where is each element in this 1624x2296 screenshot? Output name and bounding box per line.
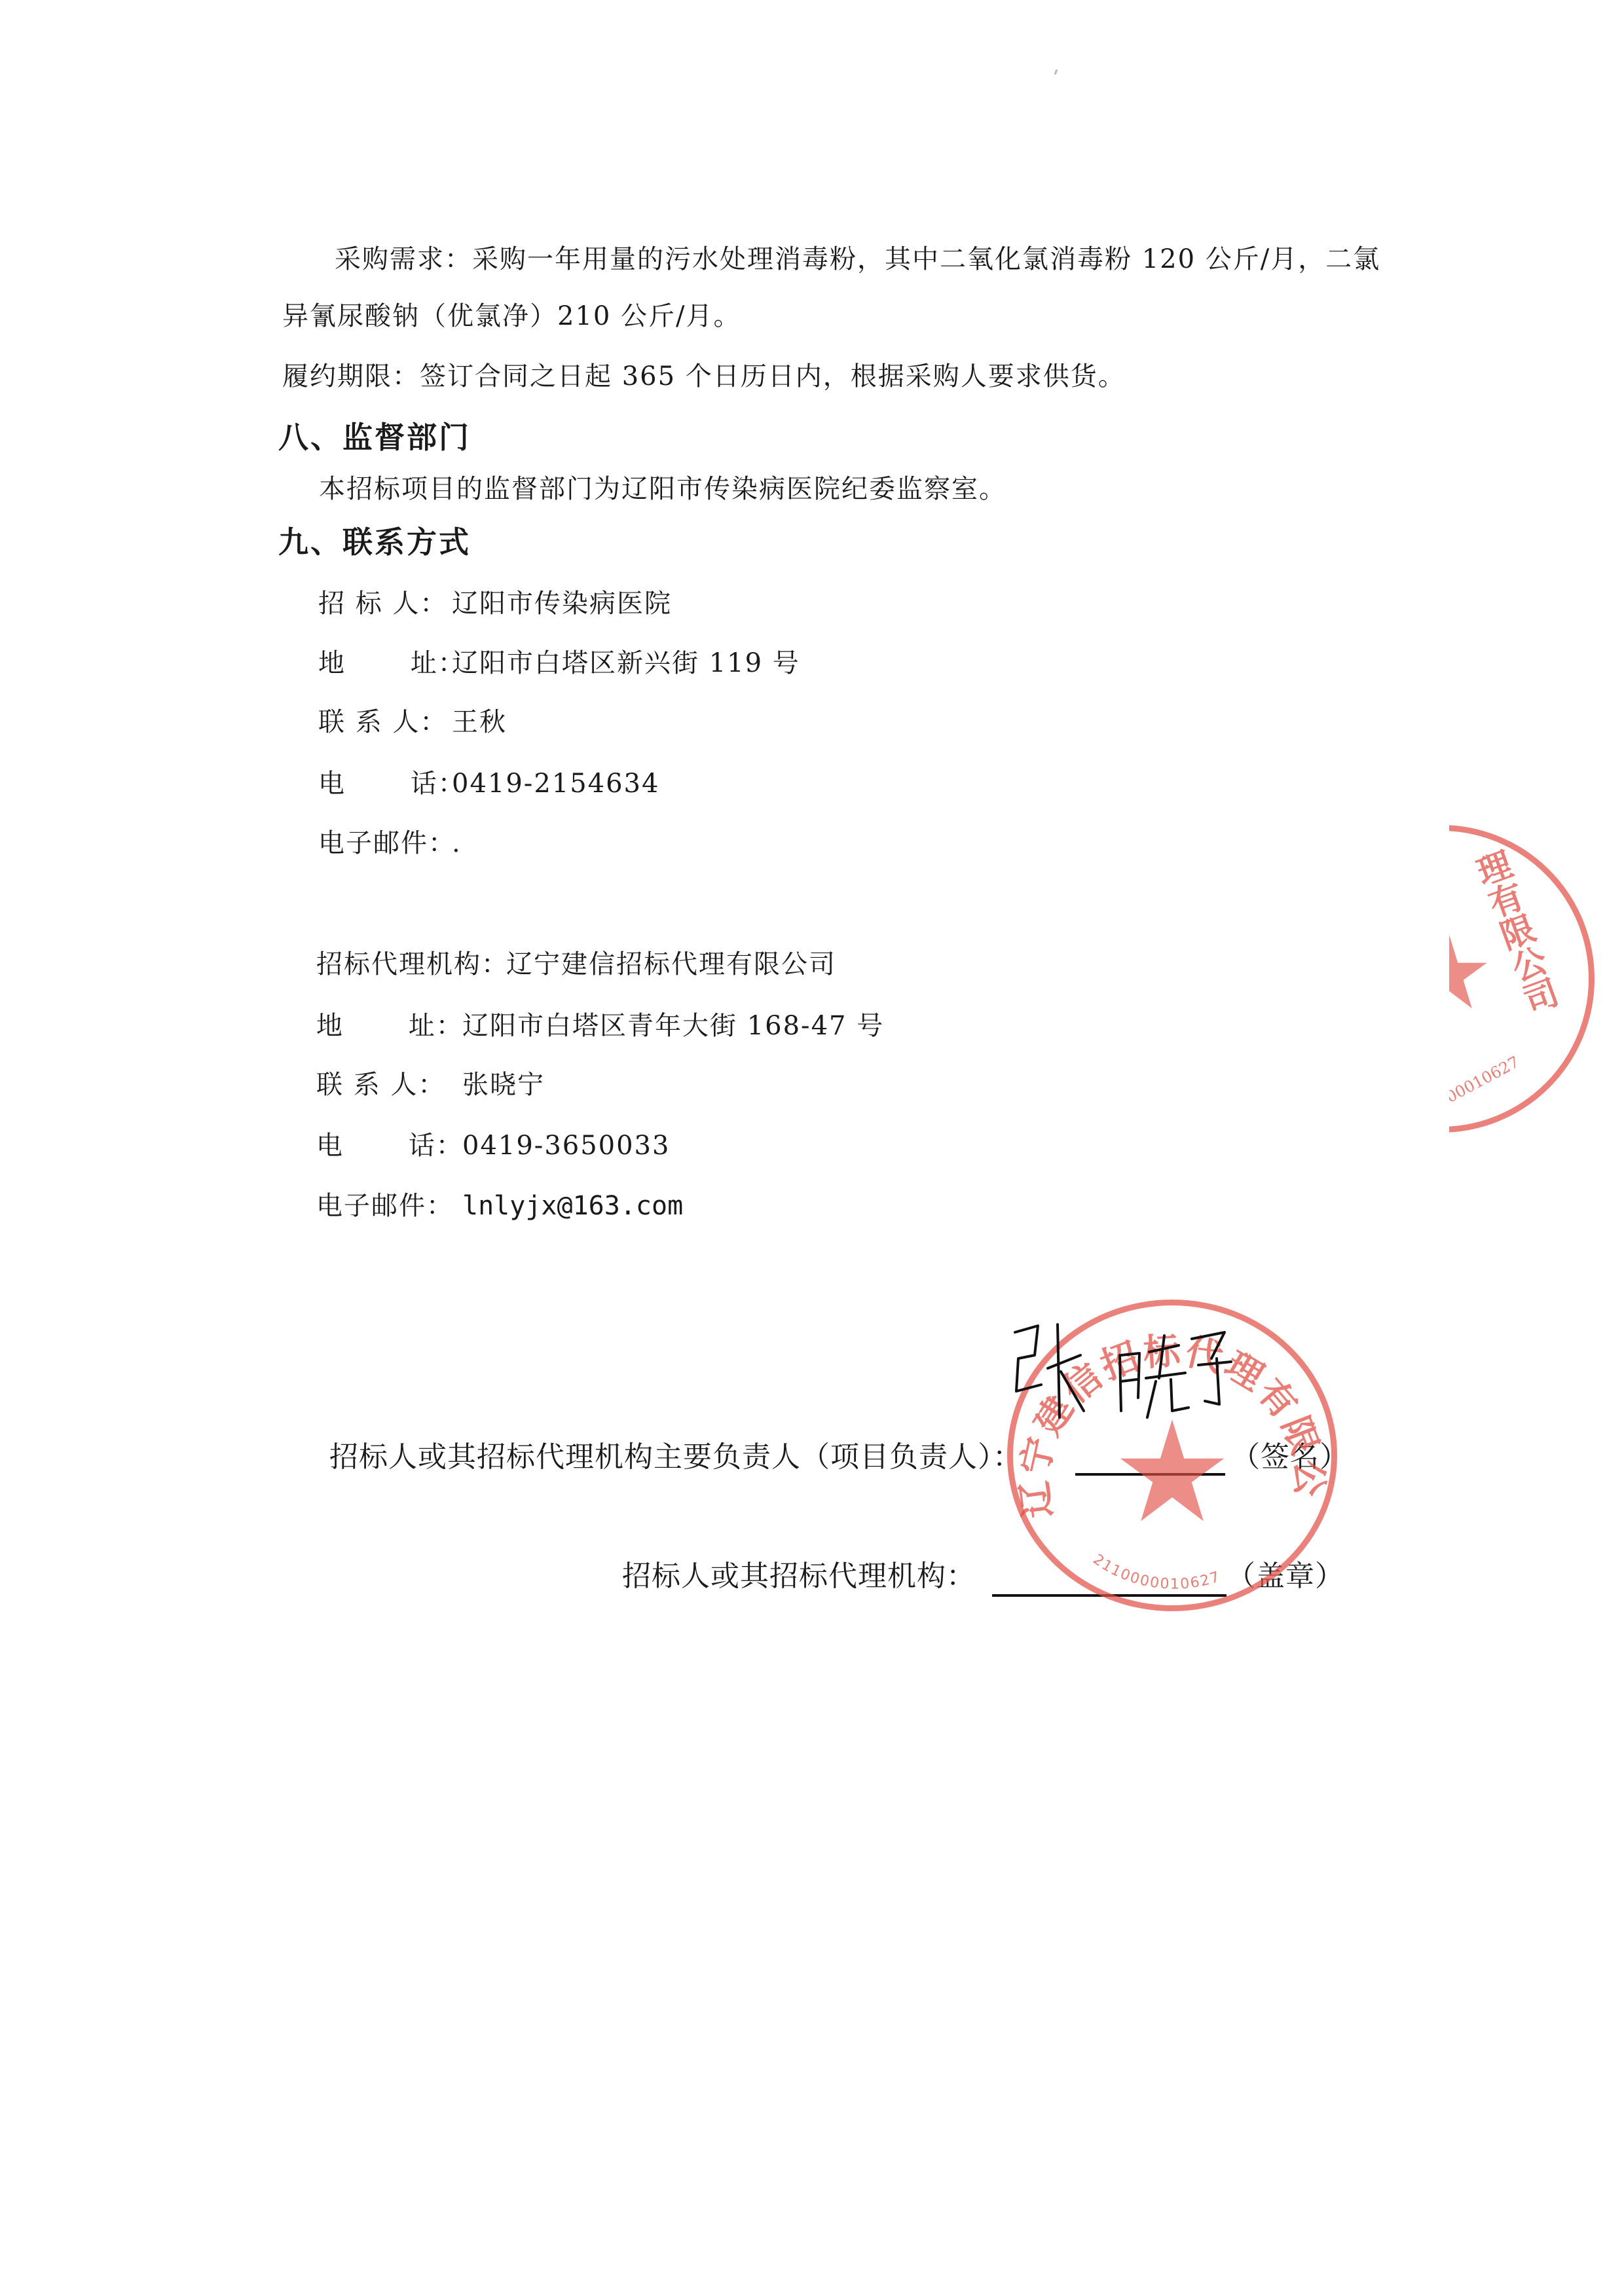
seal-code: 2110000010627 xyxy=(1090,1552,1223,1593)
agency-contact-label: 联 系 人： xyxy=(316,1069,445,1101)
procurement-demand-line1: 采购需求：采购一年用量的污水处理消毒粉，其中二氧化氯消毒粉 120 公斤/月，二… xyxy=(335,244,1380,275)
agency-phone-value: 0419-3650033 xyxy=(462,1130,670,1161)
tenderer-contact-label: 联 系 人： xyxy=(318,706,447,738)
tenderer-phone-label: 电 话： xyxy=(318,768,466,799)
tenderer-contact-value: 王秋 xyxy=(452,706,507,738)
tenderer-email-label: 电子邮件： xyxy=(318,828,456,859)
agency-name-label: 招标代理机构： xyxy=(316,949,509,980)
agency-address-label: 地 址： xyxy=(316,1010,464,1042)
agency-phone-label: 电 话： xyxy=(316,1130,464,1161)
tenderer-name-label: 招 标 人： xyxy=(318,588,447,619)
tenderer-address-value: 辽阳市白塔区新兴街 119 号 xyxy=(452,647,800,679)
svg-text:2110000010627: 2110000010627 xyxy=(1090,1552,1223,1593)
tenderer-email-value: . xyxy=(452,828,462,859)
scan-speck xyxy=(1054,69,1058,75)
star-icon xyxy=(1449,933,1488,1011)
agency-address-value: 辽阳市白塔区青年大街 168-47 号 xyxy=(462,1010,884,1042)
seal-underline[interactable] xyxy=(992,1594,1227,1597)
procurement-term-line: 履约期限：签订合同之日起 365 个日历日内，根据采购人要求供货。 xyxy=(282,361,1126,392)
agency-name-value: 辽宁建信招标代理有限公司 xyxy=(506,949,836,980)
signature-line2-suffix: （盖章） xyxy=(1227,1559,1344,1594)
section9-heading: 九、联系方式 xyxy=(278,524,471,560)
procurement-demand-line2: 异氰尿酸钠（优氯净）210 公斤/月。 xyxy=(282,301,741,332)
signature-line2-label: 招标人或其招标代理机构： xyxy=(622,1559,976,1594)
section8-body: 本招标项目的监督部门为辽阳市传染病医院纪委监察室。 xyxy=(319,473,1006,505)
edge-seal: 理有限公司 00010627 xyxy=(1449,822,1624,1136)
signature-underline[interactable] xyxy=(1075,1473,1225,1476)
agency-email-label: 电子邮件： xyxy=(316,1190,454,1222)
signature-line1-label: 招标人或其招标代理机构主要负责人（项目负责人）： xyxy=(329,1440,1022,1474)
tenderer-name-value: 辽阳市传染病医院 xyxy=(452,588,672,619)
agency-email-value: lnlyjx@163.com xyxy=(462,1190,683,1222)
tenderer-phone-value: 0419-2154634 xyxy=(452,768,659,799)
tenderer-address-label: 地 址： xyxy=(318,647,466,679)
agency-contact-value: 张晓宁 xyxy=(462,1069,545,1101)
section8-heading: 八、监督部门 xyxy=(278,420,471,455)
handwritten-signature xyxy=(1008,1319,1257,1450)
